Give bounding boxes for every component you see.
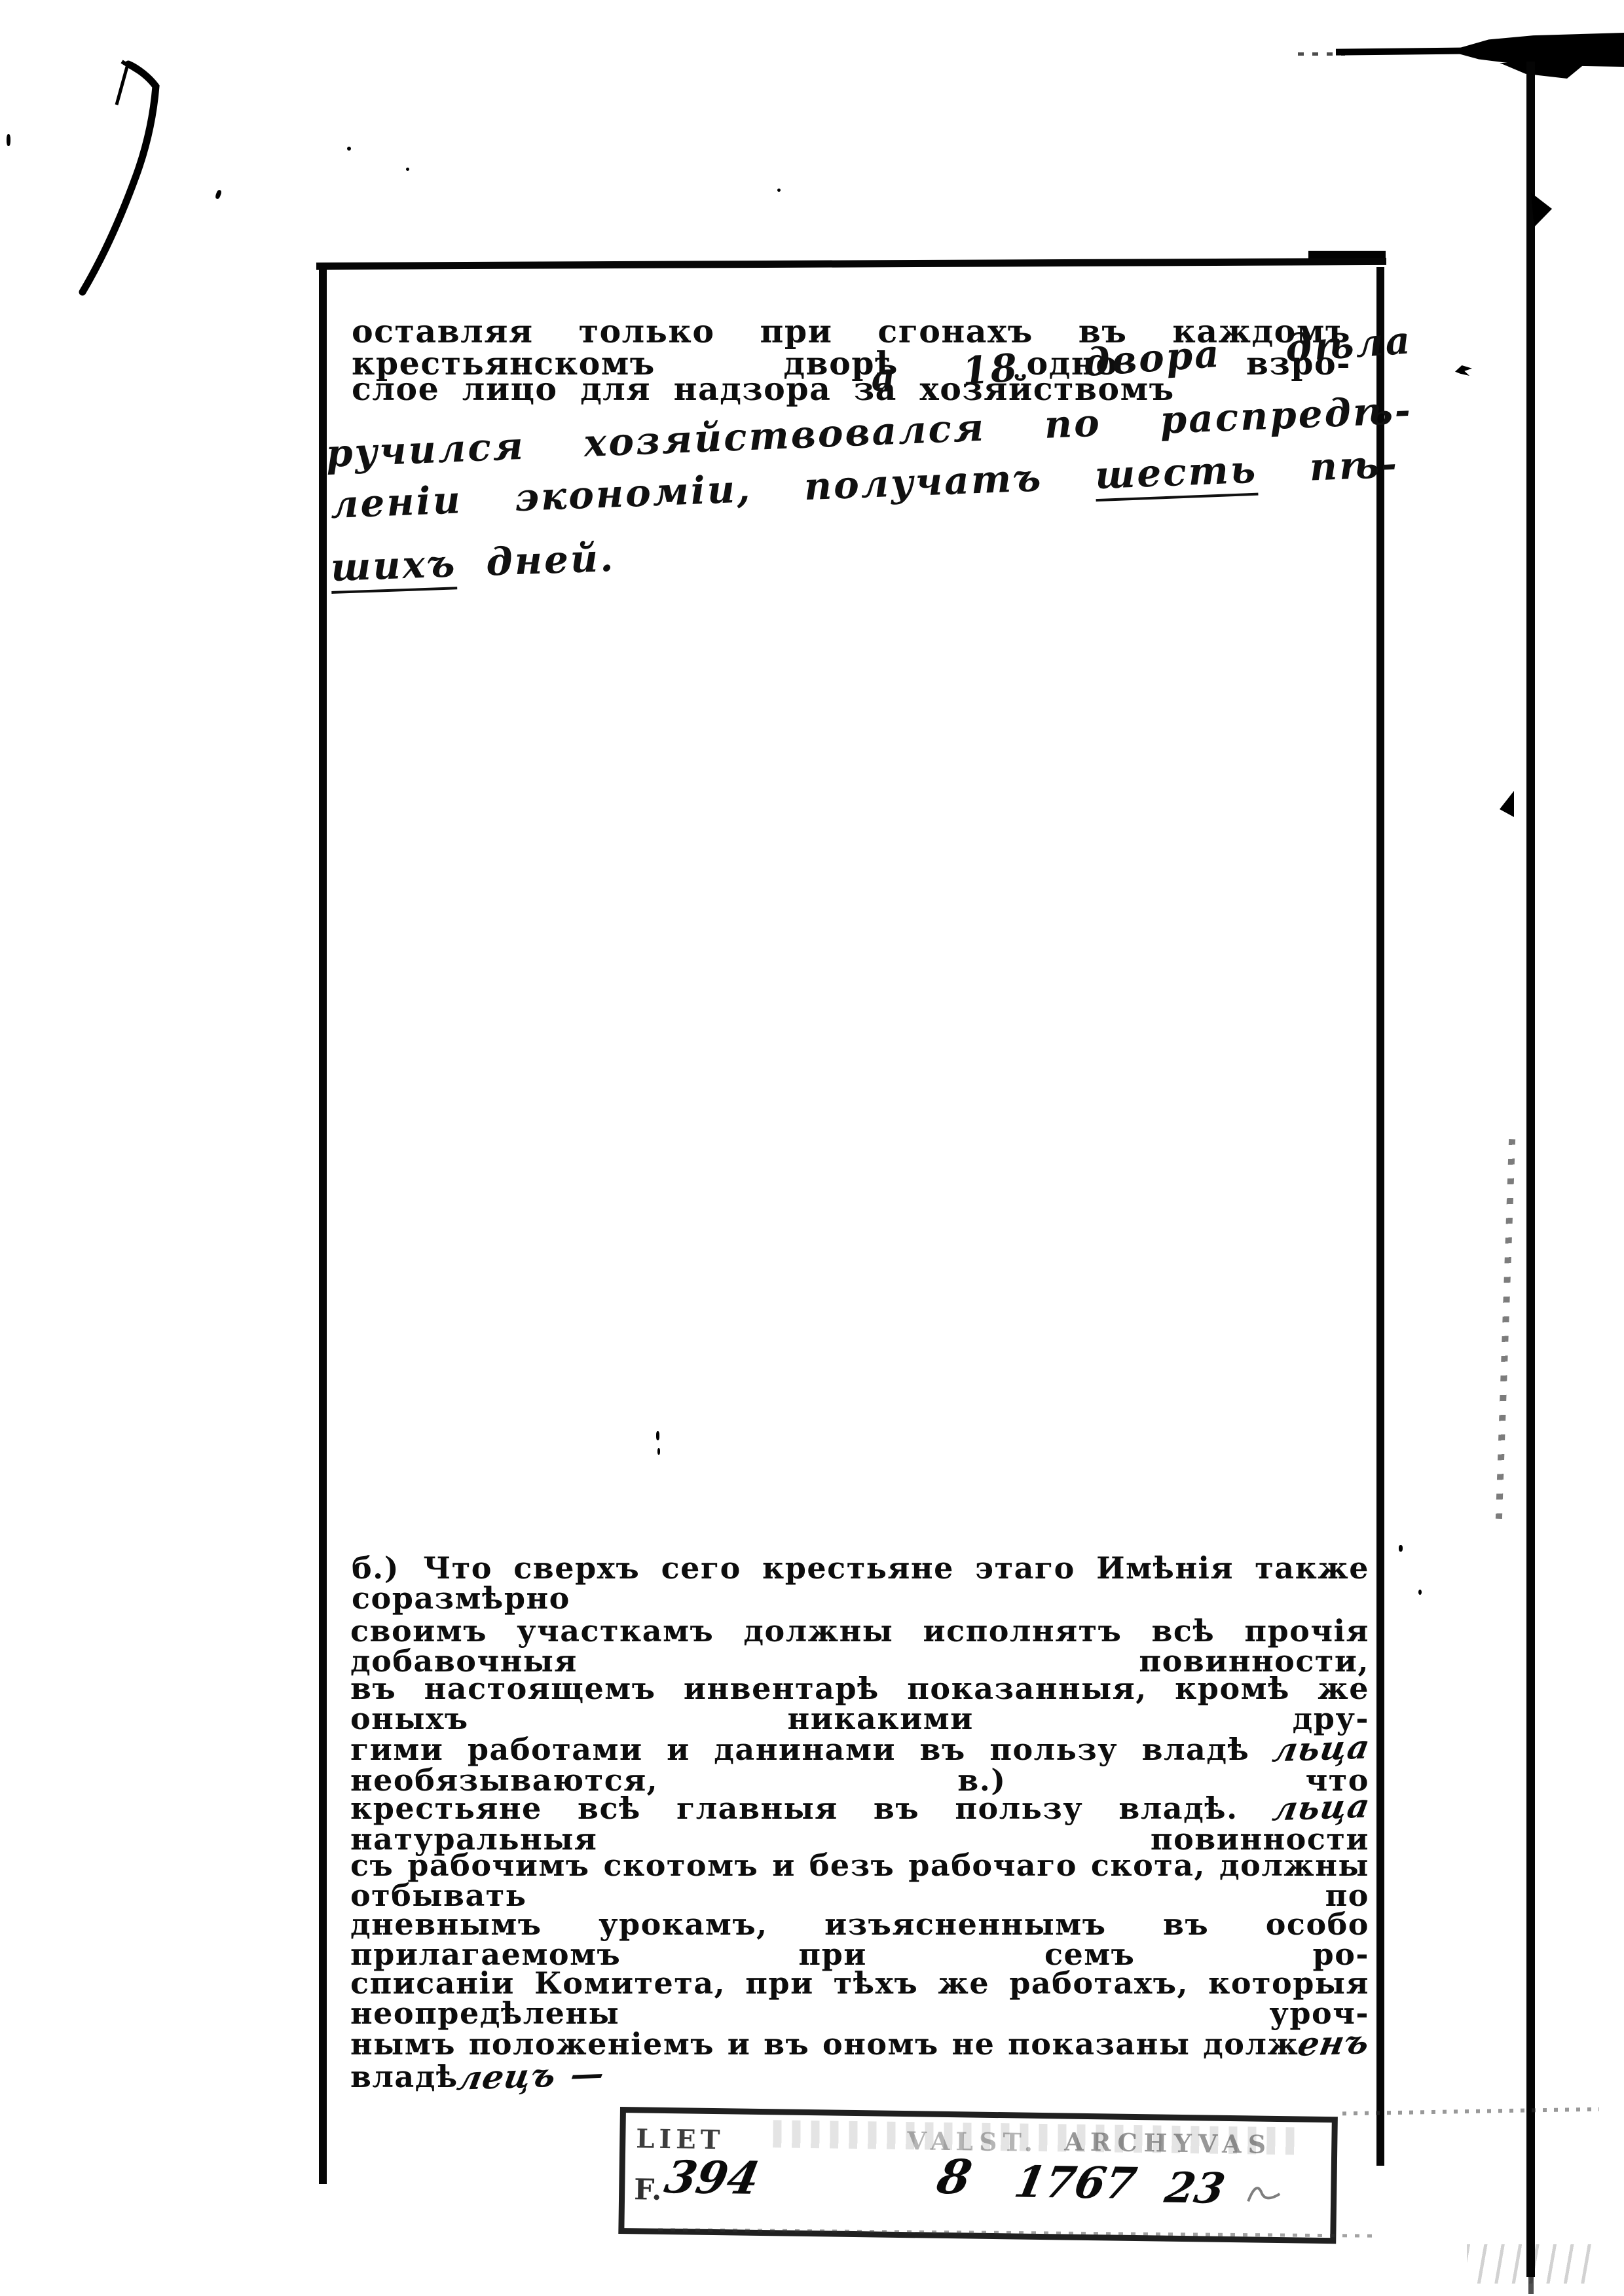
- stamp-flourish-mark: [1247, 2176, 1287, 2210]
- dust-speck: [656, 1431, 659, 1440]
- dust-speck: [347, 147, 351, 151]
- printed-line: дневнымъ урокамъ, изъясненнымъ въ особо …: [350, 1909, 1369, 1969]
- printed-line-with-insert: крестьяне всѣ главныя въ пользу владѣ. л…: [350, 1791, 1369, 1854]
- printed-line: съ рабочимъ скотомъ и безъ рабочаго скот…: [350, 1850, 1369, 1910]
- stamp-printed-text: LIET: [636, 2123, 725, 2155]
- printed-segment: владѣ: [350, 2059, 458, 2094]
- dust-speck: [1399, 1545, 1403, 1552]
- stamp-handwritten-number: 23: [1161, 2164, 1228, 2214]
- stamp-handwritten-number: 8: [932, 2149, 976, 2204]
- dust-speck: [777, 189, 781, 192]
- handwritten-line: шихъ дней.: [330, 538, 646, 587]
- dust-speck: [215, 189, 222, 200]
- dust-speck: [657, 1448, 660, 1455]
- binding-edge-line: [1526, 62, 1535, 2277]
- printed-line-with-insert: нымъ положеніемъ и въ ономъ не показаны …: [350, 2027, 1369, 2092]
- handwritten-segment: дней.: [456, 536, 616, 585]
- pen-stroke-mark: [59, 52, 177, 314]
- handwritten-insert: льца: [1270, 1789, 1373, 1825]
- dust-speck: [1418, 1590, 1422, 1595]
- scanned-document-page: оставляя только при сгонахъ въ каждомъ к…: [0, 0, 1624, 2296]
- frame-left-border: [319, 267, 327, 2184]
- printed-line: своимъ участкамъ должны исполнятъ всѣ пр…: [350, 1616, 1369, 1676]
- archive-stamp: LIET VALST. ARCHYVAS F. 394 8 1767 23: [618, 2107, 1338, 2244]
- ink-fleck: [1455, 365, 1472, 376]
- handwritten-segment: пѣ-: [1257, 441, 1399, 491]
- binding-smudge-blob: [1459, 33, 1624, 67]
- handwritten-insert: лецъ —: [455, 2057, 608, 2095]
- stamp-handwritten-number: 1767: [1010, 2157, 1141, 2209]
- binding-smudge-drip: [1500, 63, 1586, 79]
- handwritten-insert: енъ: [1296, 2026, 1373, 2061]
- dust-speck: [7, 134, 10, 146]
- printed-segment: крестьяне всѣ главныя въ пользу владѣ.: [350, 1791, 1238, 1826]
- stamp-handwritten-number: 394: [661, 2151, 764, 2205]
- frame-top-border: [316, 258, 1386, 270]
- binding-flag-mark: [1500, 791, 1514, 817]
- stamp-printed-text-faded: ARCHYVAS: [1064, 2126, 1272, 2159]
- printed-segment: нымъ положеніемъ и въ ономъ не показаны …: [350, 2026, 1299, 2062]
- printed-line: въ настоящемъ инвентарѣ показанныя, кром…: [350, 1673, 1369, 1734]
- handwritten-underlined-word: шесть: [1094, 447, 1259, 501]
- printed-segment: Что сверхъ сего крестьяне этаго Имѣнія т…: [352, 1550, 1369, 1616]
- frame-right-border: [1376, 267, 1384, 2166]
- handwritten-insert: льца: [1270, 1730, 1373, 1766]
- printed-line: списаніи Комитета, при тѣхъ же работахъ,…: [350, 1968, 1369, 2028]
- handwritten-underlined-word: шихъ: [330, 541, 458, 594]
- speck-patch: [1467, 2244, 1598, 2284]
- binding-speck-trail: [1496, 1139, 1515, 1519]
- printed-line-with-insert: гими работами и данинами въ пользу владѣ…: [350, 1732, 1369, 1795]
- stamp-fond-label: F.: [634, 2173, 662, 2207]
- printed-segment: гими работами и данинами въ пользу владѣ: [350, 1732, 1249, 1767]
- dust-speck: [406, 168, 409, 171]
- printed-line: б.) Что сверхъ сего крестьяне этаго Имѣн…: [350, 1553, 1369, 1613]
